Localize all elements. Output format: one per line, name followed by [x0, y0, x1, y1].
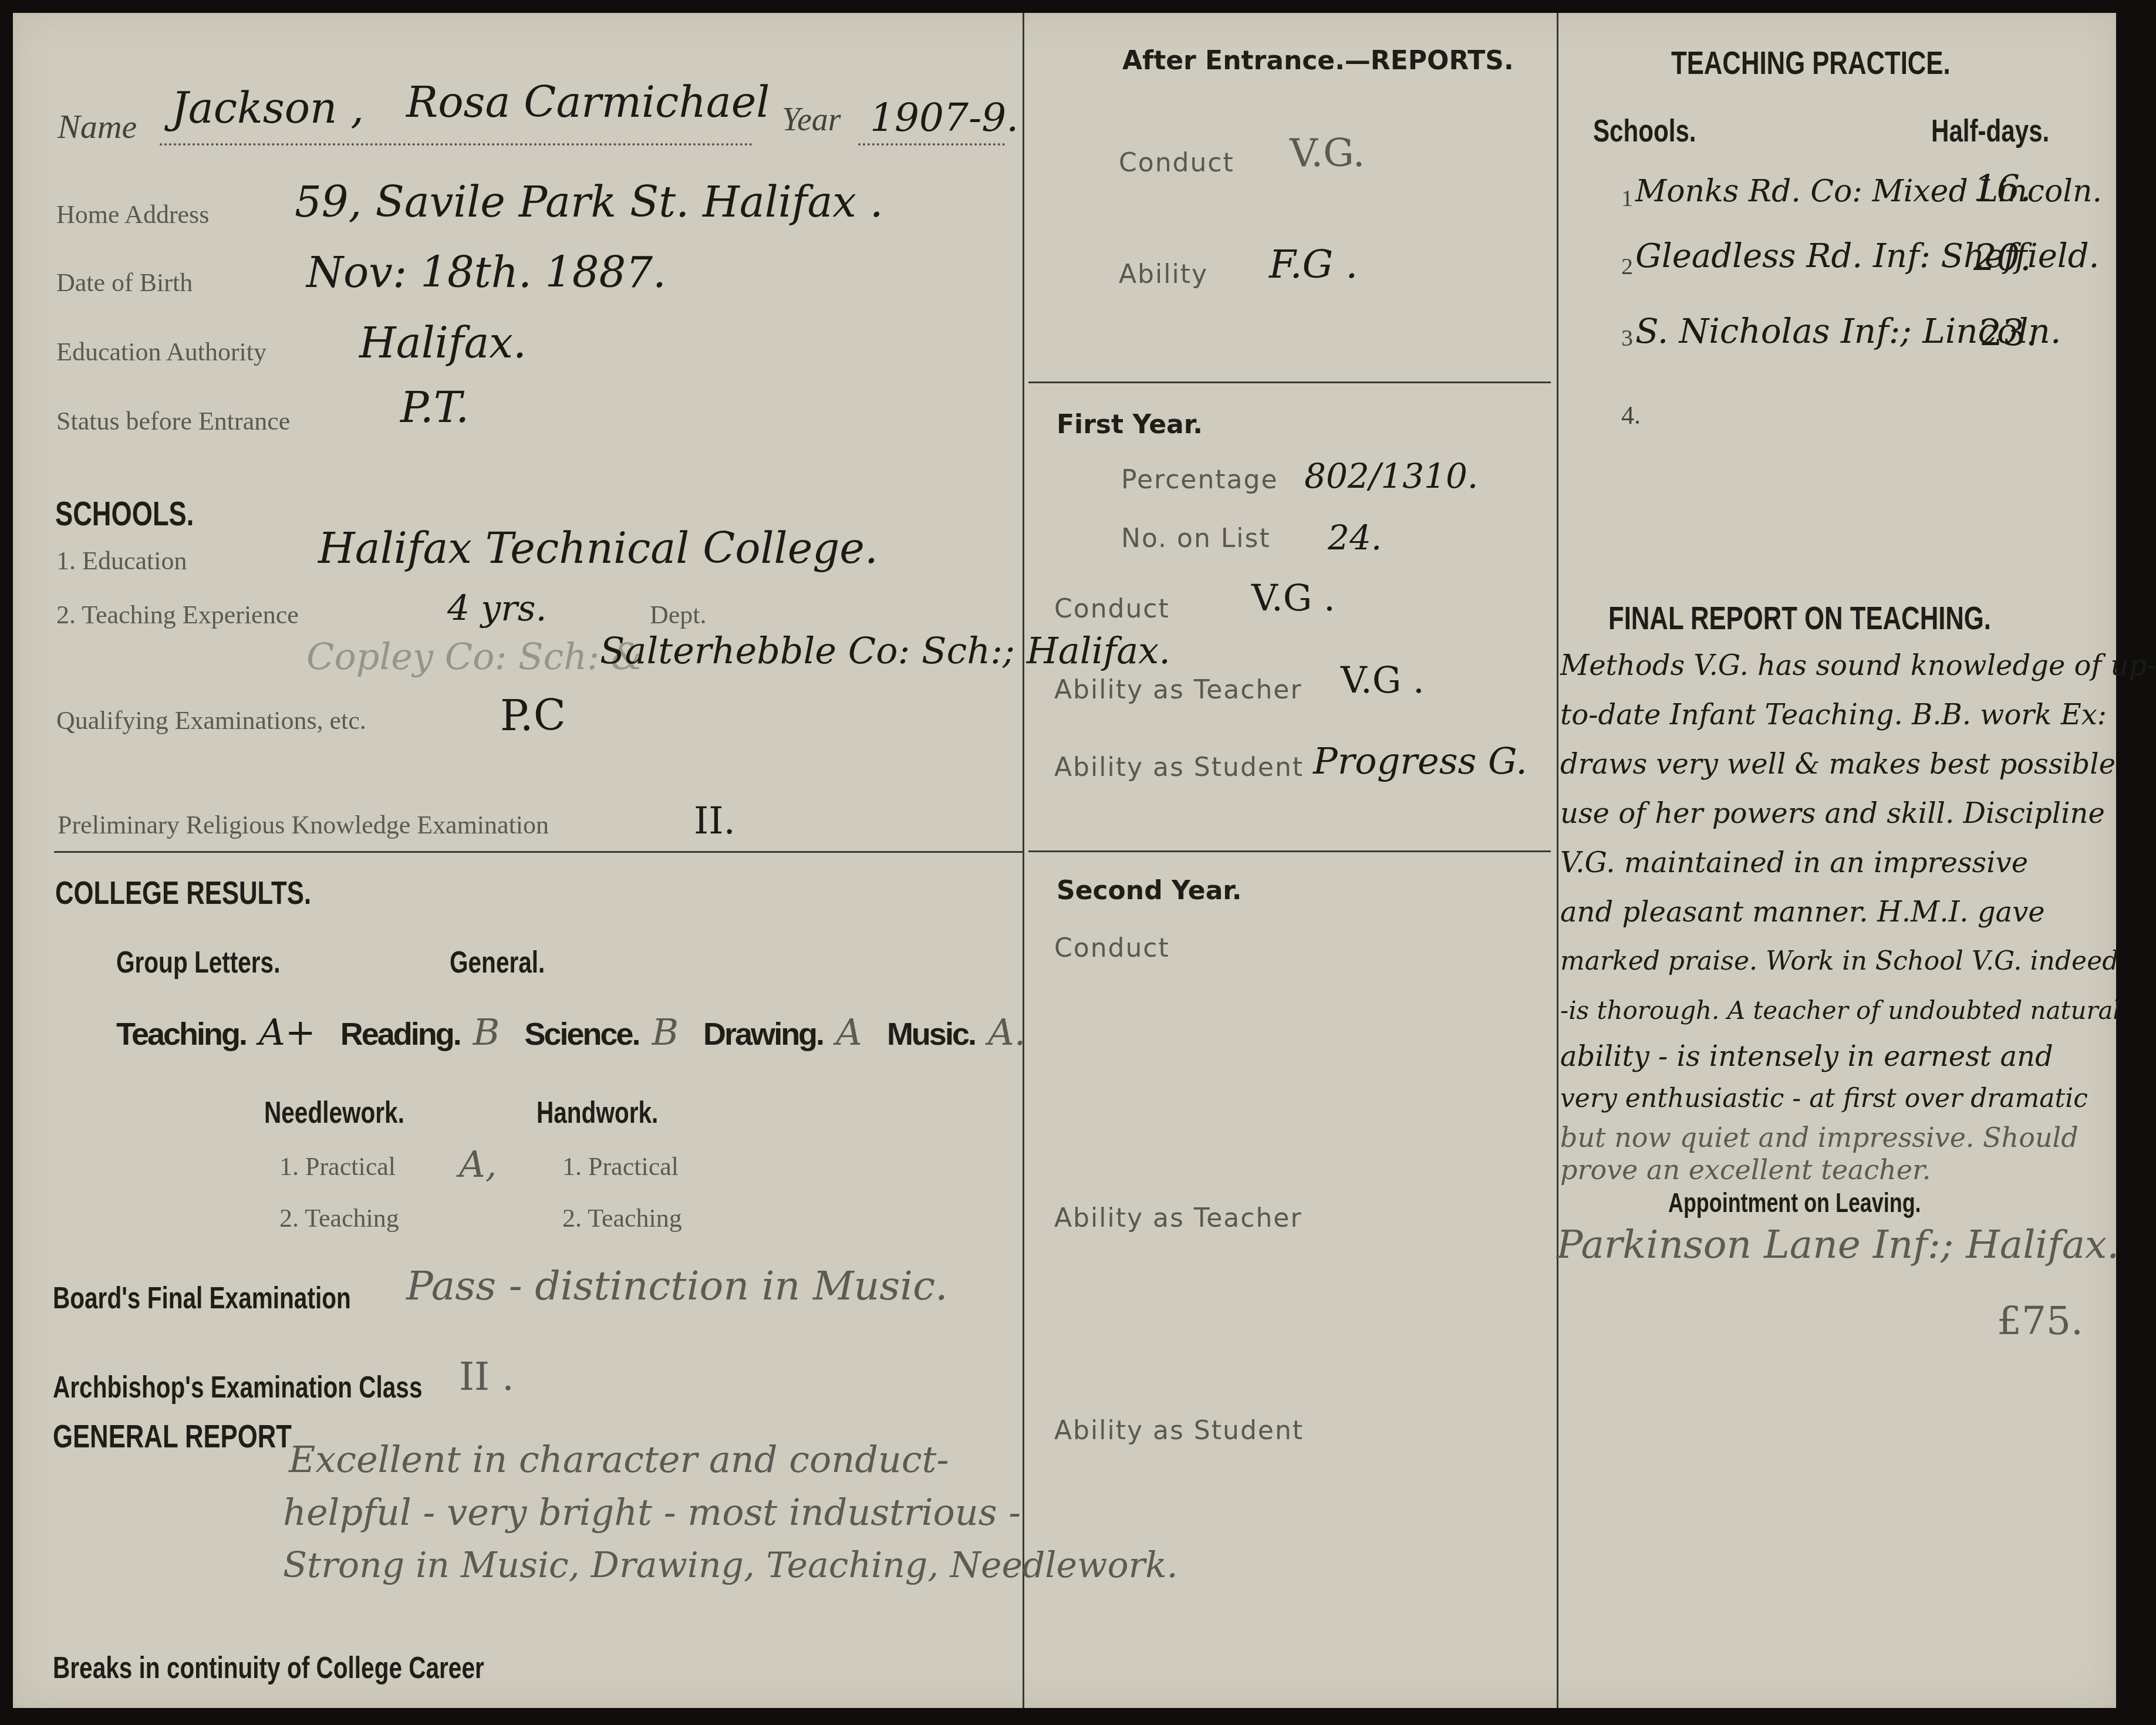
college-results-heading: COLLEGE RESULTS. — [55, 873, 311, 912]
year-label: Year — [782, 101, 841, 139]
subject-science-label: Science. — [524, 1016, 639, 1052]
education-value: Halifax Technical College. — [318, 524, 878, 573]
needlework-teaching-label: 2. Teaching — [279, 1203, 399, 1233]
subject-grades-row: Teaching. A+ Reading. B Science. B Drawi… — [116, 1011, 1025, 1054]
qualifying-exams-value: P.C — [500, 691, 566, 740]
subject-drawing-label: Drawing. — [703, 1016, 823, 1052]
final-report-line: ability - is intensely in earnest and — [1560, 1035, 2124, 1078]
row-number: 3 — [1621, 324, 1633, 352]
final-report-line: and pleasant manner. H.M.I. gave — [1560, 887, 2124, 937]
final-report-line: -is thorough. A teacher of undoubted nat… — [1560, 986, 2124, 1035]
divider-schools-college — [54, 851, 1023, 853]
general-report-label: GENERAL REPORT — [53, 1417, 292, 1455]
handwork-practical-label: 1. Practical — [562, 1152, 679, 1181]
final-report-heading: FINAL REPORT ON TEACHING. — [1608, 599, 1991, 637]
final-report-line: to-date Infant Teaching. B.B. work Ex: — [1560, 690, 2124, 740]
subject-music-grade: A. — [988, 1011, 1025, 1054]
subject-science-grade: B — [652, 1011, 679, 1054]
subject-music-label: Music. — [887, 1016, 975, 1052]
schools-heading: SCHOOLS. — [55, 494, 194, 534]
status-label: Status before Entrance — [56, 406, 290, 436]
final-report-line: V.G. maintained in an impressive — [1560, 838, 2124, 887]
education-authority-label: Education Authority — [56, 337, 266, 367]
prelim-religious-label: Preliminary Religious Knowledge Examinat… — [58, 810, 549, 840]
name-label: Name — [58, 107, 137, 146]
group-letters-label: Group Letters. — [116, 945, 280, 980]
dept-label: Dept. — [650, 600, 707, 630]
final-report-line: but now quiet and impressive. Should — [1560, 1120, 2124, 1155]
first-year-no-on-list-value: 24. — [1328, 518, 1382, 558]
first-year-percentage-value: 802/1310. — [1304, 456, 1478, 496]
teaching-practice-row: 1 Monks Rd. Co: Mixed Lincoln. 16. — [1621, 167, 2091, 220]
teaching-experience-value: 4 yrs. — [447, 588, 547, 629]
first-year-percentage-label: Percentage — [1121, 465, 1278, 495]
teaching-experience-label: 2. Teaching Experience — [56, 600, 299, 630]
name-dotted-line — [160, 143, 753, 146]
general-report-line: Strong in Music, Drawing, Teaching, Need… — [283, 1539, 1178, 1592]
appointment-heading: Appointment on Leaving. — [1668, 1187, 1921, 1218]
appointment-salary: £75. — [1997, 1298, 2083, 1343]
handwork-label: Handwork. — [537, 1095, 658, 1130]
first-year-teacher-label: Ability as Teacher — [1054, 675, 1303, 705]
subject-teaching-grade: A+ — [259, 1011, 316, 1054]
subject-reading-label: Reading. — [340, 1016, 460, 1052]
breaks-label: Breaks in continuity of College Career — [53, 1650, 484, 1686]
teaching-practice-row: 3 S. Nicholas Inf:; Lincoln. 23. — [1621, 306, 2091, 359]
after-entrance-ability-value: F.G . — [1269, 242, 1358, 287]
first-year-student-label: Ability as Student — [1054, 752, 1304, 782]
teaching-practice-row: 4. — [1621, 389, 2091, 441]
name-given-value: Rosa Carmichael — [406, 77, 770, 127]
first-year-conduct-value: V.G . — [1251, 576, 1335, 619]
row-number: 4. — [1621, 400, 1641, 430]
halfdays-column-label: Half-days. — [1931, 113, 2049, 149]
second-year-teacher-label: Ability as Teacher — [1054, 1203, 1303, 1233]
first-year-teacher-value: V.G . — [1341, 659, 1425, 701]
after-entrance-conduct-value: V.G. — [1290, 130, 1365, 175]
general-report-text: Excellent in character and conduct- help… — [283, 1433, 1178, 1592]
row-halfdays: 20. — [1973, 236, 2032, 279]
boards-final-value: Pass - distinction in Music. — [406, 1263, 948, 1309]
final-report-line: very enthusiastic - at first over dramat… — [1560, 1078, 2124, 1120]
dob-value: Nov: 18th. 1887. — [306, 248, 666, 297]
final-report-line: draws very well & makes best possible — [1560, 740, 2124, 789]
appointment-value: Parkinson Lane Inf:; Halifax. — [1557, 1222, 2119, 1267]
divider-reports-first-year — [1028, 382, 1551, 383]
second-year-student-label: Ability as Student — [1054, 1416, 1304, 1446]
year-dotted-line — [858, 143, 1005, 146]
subject-teaching-label: Teaching. — [116, 1016, 246, 1052]
general-report-line: helpful - very bright - most industrious… — [283, 1486, 1178, 1539]
first-year-heading: First Year. — [1057, 410, 1203, 440]
year-value: 1907-9. — [870, 95, 1018, 140]
dob-label: Date of Birth — [56, 268, 193, 298]
qualifying-exams-label: Qualifying Examinations, etc. — [56, 705, 366, 735]
boards-final-label: Board's Final Examination — [53, 1281, 351, 1316]
handwork-teaching-label: 2. Teaching — [562, 1203, 682, 1233]
final-report-line: marked praise. Work in School V.G. indee… — [1560, 937, 2124, 986]
final-report-line: use of her powers and skill. Discipline — [1560, 789, 2124, 838]
row-school: Monks Rd. Co: Mixed Lincoln. — [1635, 174, 2102, 209]
reports-heading: After Entrance.—REPORTS. — [1122, 46, 1514, 76]
general-report-line: Excellent in character and conduct- — [289, 1433, 1178, 1486]
first-year-student-value: Progress G. — [1313, 740, 1527, 782]
teaching-practice-row: 2 Gleadless Rd. Inf: Sheffield. 20. — [1621, 230, 2091, 283]
home-address-value: 59, Savile Park St. Halifax . — [295, 177, 883, 227]
row-number: 1 — [1621, 184, 1633, 212]
education-authority-value: Halifax. — [359, 318, 527, 367]
first-year-conduct-label: Conduct — [1054, 594, 1170, 624]
general-label: General. — [450, 945, 545, 980]
teaching-practice-heading: TEACHING PRACTICE. — [1671, 43, 1951, 82]
teaching-experience-schools-faint: Copley Co: Sch: & — [306, 635, 643, 678]
subject-reading-grade: B — [473, 1011, 500, 1054]
second-year-heading: Second Year. — [1057, 876, 1241, 906]
education-label: 1. Education — [56, 546, 187, 576]
home-address-label: Home Address — [56, 200, 209, 229]
needlework-practical-label: 1. Practical — [279, 1152, 396, 1181]
first-year-no-on-list-label: No. on List — [1121, 524, 1271, 553]
divider-first-second-year — [1028, 850, 1551, 852]
needlework-label: Needlework. — [264, 1095, 404, 1130]
subject-drawing-grade: A — [836, 1011, 862, 1054]
status-value: P.T. — [400, 383, 469, 432]
row-halfdays: 16. — [1973, 167, 2032, 210]
after-entrance-conduct-label: Conduct — [1119, 148, 1234, 178]
final-report-text: Methods V.G. has sound knowledge of up- … — [1560, 641, 2124, 1184]
column-divider-right — [1557, 13, 1558, 1708]
row-number: 2 — [1621, 252, 1633, 280]
prelim-religious-value: II. — [694, 799, 735, 843]
archbishop-label: Archbishop's Examination Class — [53, 1370, 422, 1405]
student-record-card: Name Jackson , Rosa Carmichael Year 1907… — [13, 13, 2116, 1708]
second-year-conduct-label: Conduct — [1054, 933, 1170, 963]
teaching-experience-schools: Salterhebble Co: Sch:; Halifax. — [600, 629, 1170, 672]
archbishop-value: II . — [459, 1354, 514, 1399]
name-surname-value: Jackson , — [171, 83, 364, 133]
final-report-line: prove an excellent teacher. — [1560, 1155, 2124, 1184]
row-halfdays: 23. — [1979, 311, 2037, 354]
schools-column-label: Schools. — [1593, 113, 1696, 149]
needlework-practical-grade: A, — [459, 1143, 497, 1186]
after-entrance-ability-label: Ability — [1119, 259, 1208, 289]
final-report-line: Methods V.G. has sound knowledge of up- — [1560, 641, 2124, 690]
